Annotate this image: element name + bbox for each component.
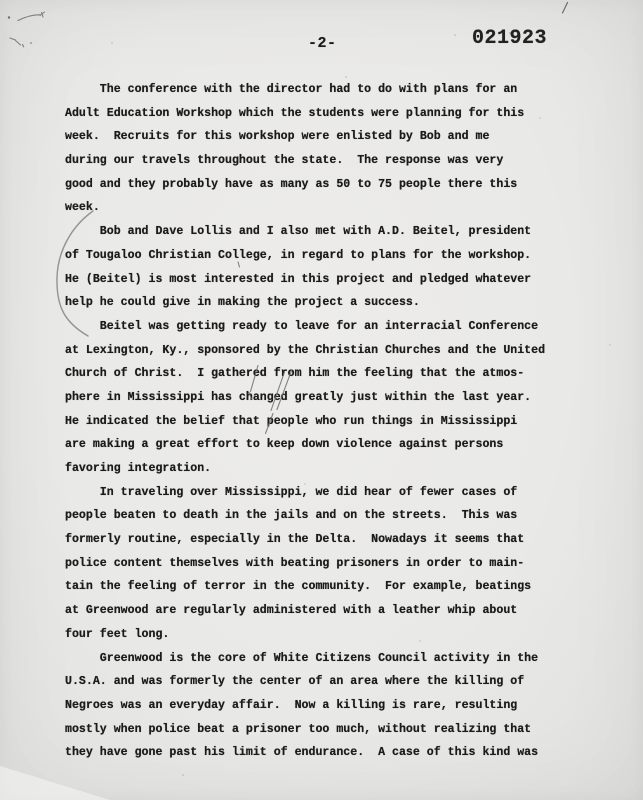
text-line-p3-l2: at Lexington, Ky., sponsored by the Chri… (65, 339, 605, 363)
text-line-p5-l5: they have gone past his limit of enduran… (65, 741, 605, 765)
text-line-p4-l6: at Greenwood are regularly administered … (65, 599, 605, 623)
document-body-text: The conference with the director had to … (65, 78, 605, 765)
text-line-p2-l2: of Tougaloo Christian College, in regard… (65, 244, 605, 268)
text-line-p1-l4: during our travels throughout the state.… (65, 149, 605, 173)
text-line-p1-l5: good and they probably have as many as 5… (65, 173, 605, 197)
text-line-p4-l5: tain the feeling of terror in the commun… (65, 575, 605, 599)
text-line-p5-l3: Negroes was an everyday affair. Now a ki… (65, 694, 605, 718)
pencil-scribble-top-left-icon (8, 12, 45, 47)
text-line-p3-l5: He indicated the belief that people who … (65, 410, 605, 434)
text-line-p1-l3: week. Recruits for this workshop were en… (65, 125, 605, 149)
text-line-p1-l6: week. (65, 196, 605, 220)
text-line-p4-l2: people beaten to death in the jails and … (65, 504, 605, 528)
text-line-p2-l3: He (Beitel) is most interested in this p… (65, 268, 605, 292)
page-number: -2- (308, 35, 337, 52)
document-id-stamp: 021923 (472, 27, 547, 50)
text-line-p4-l3: formerly routine, especially in the Delt… (65, 528, 605, 552)
text-line-p1-l2: Adult Education Workshop which the stude… (65, 102, 605, 126)
text-line-p3-l1: Beitel was getting ready to leave for an… (65, 315, 605, 339)
text-line-p3-l6: are making a great effort to keep down v… (65, 433, 605, 457)
text-line-p4-l7: four feet long. (65, 623, 605, 647)
scanned-document-page: -2- 021923 The conference with the direc… (0, 0, 643, 800)
text-line-p5-l4: mostly when police beat a prisoner too m… (65, 718, 605, 742)
text-line-p3-l3: Church of Christ. I gathered from him th… (65, 362, 605, 386)
text-line-p3-l7: favoring integration. (65, 457, 605, 481)
text-line-p4-l1: In traveling over Mississippi, we did he… (65, 481, 605, 505)
text-line-p5-l1: Greenwood is the core of White Citizens … (65, 647, 605, 671)
text-line-p4-l4: police content themselves with beating p… (65, 552, 605, 576)
text-line-p3-l4: phere in Mississippi has changed greatly… (65, 386, 605, 410)
text-line-p2-l1: Bob and Dave Lollis and I also met with … (65, 220, 605, 244)
text-line-p5-l2: U.S.A. and was formerly the center of an… (65, 670, 605, 694)
text-line-p2-l4: help he could give in making the project… (65, 291, 605, 315)
text-line-p1-l1: The conference with the director had to … (65, 78, 605, 102)
